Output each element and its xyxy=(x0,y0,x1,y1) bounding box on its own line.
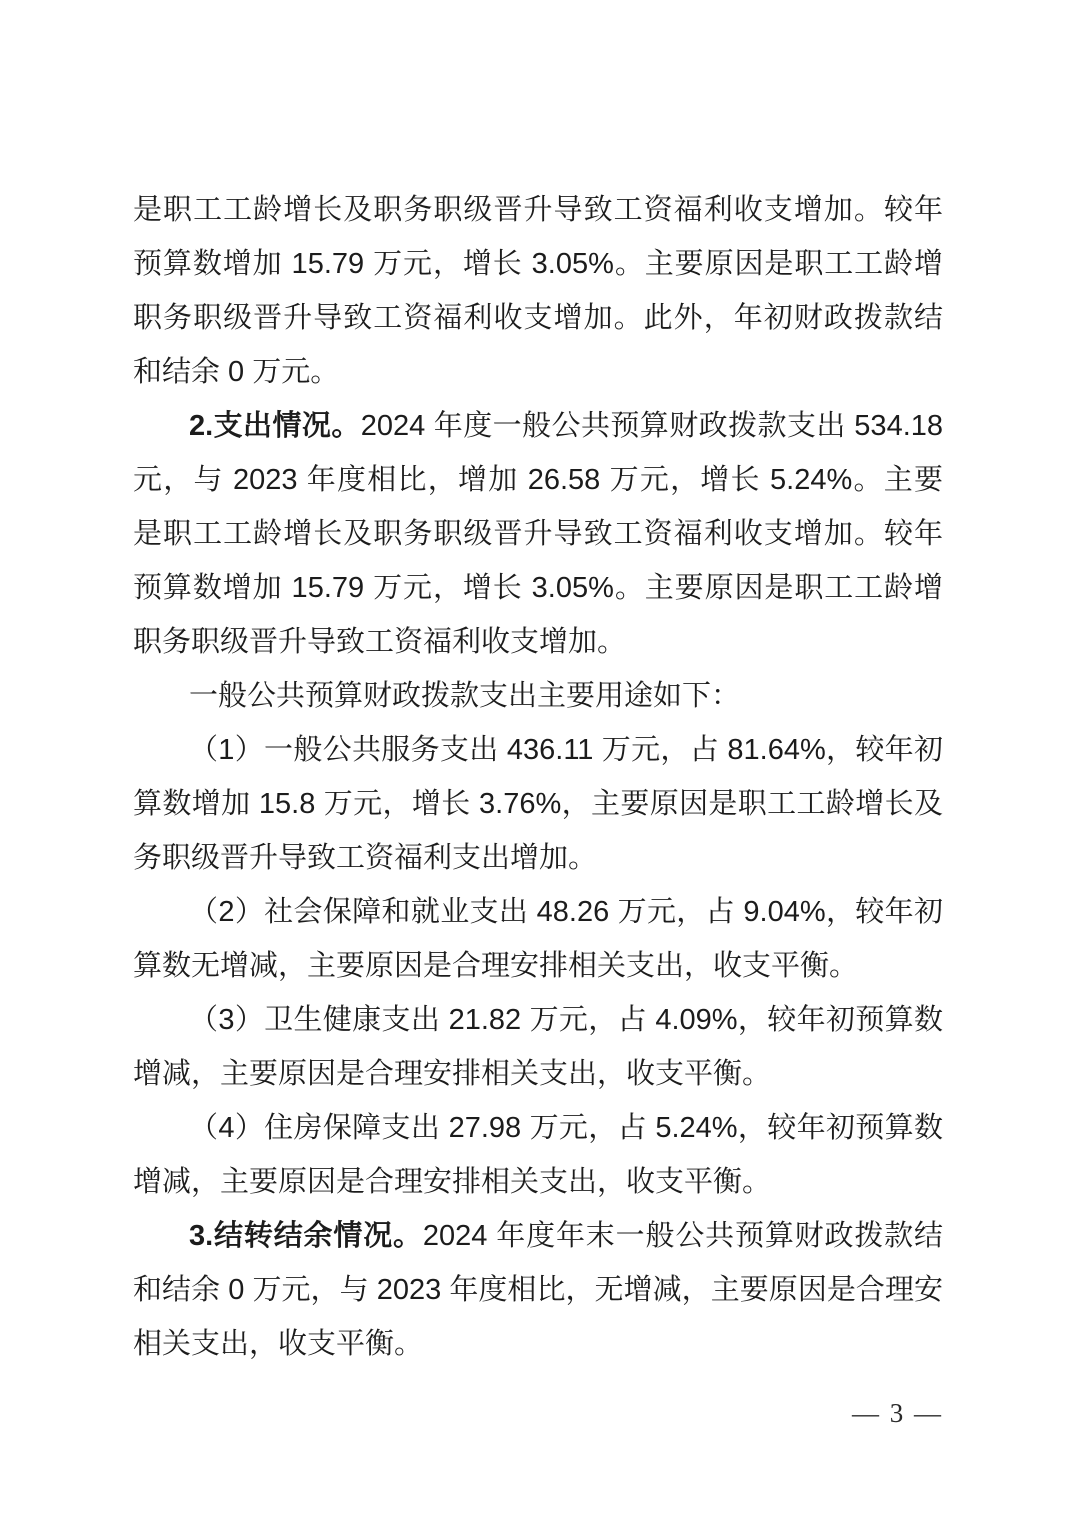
text-line: 职务职级晋升导致工资福利收支增加。 xyxy=(133,615,943,669)
text-line: 和结余 0 万元。 xyxy=(133,345,943,399)
section-heading-expenditure: 2.支出情况。 xyxy=(189,410,361,442)
text-line: 预算数增加 15.79 万元，增长 3.05%。主要原因是职工工龄增长及 xyxy=(133,561,943,615)
text-line: （3）卫生健康支出 21.82 万元，占 4.09%，较年初预算数无 xyxy=(133,993,943,1047)
text-line: 3.结转结余情况。2024 年度年末一般公共预算财政拨款结转 xyxy=(133,1209,943,1263)
page-number: — 3 — xyxy=(133,1398,943,1429)
text-line: 2.支出情况。2024 年度一般公共预算财政拨款支出 534.18 万 xyxy=(133,399,943,453)
paragraph-item-3-health: （3）卫生健康支出 21.82 万元，占 4.09%，较年初预算数无 增减，主要… xyxy=(133,993,943,1101)
text-line: 是职工工龄增长及职务职级晋升导致工资福利收支增加。较年初 xyxy=(133,507,943,561)
text-line: （4）住房保障支出 27.98 万元，占 5.24%，较年初预算数无 xyxy=(133,1101,943,1155)
text-line: （2）社会保障和就业支出 48.26 万元，占 9.04%，较年初预 xyxy=(133,885,943,939)
text-line: 务职级晋升导致工资福利支出增加。 xyxy=(133,831,943,885)
text-line: 增减，主要原因是合理安排相关支出，收支平衡。 xyxy=(133,1047,943,1101)
text-line: 预算数增加 15.79 万元，增长 3.05%。主要原因是职工工龄增长及 xyxy=(133,237,943,291)
text-line: 职务职级晋升导致工资福利收支增加。此外，年初财政拨款结转 xyxy=(133,291,943,345)
text-line: （1）一般公共服务支出 436.11 万元，占 81.64%，较年初预 xyxy=(133,723,943,777)
paragraph-item-2-social-security-employment: （2）社会保障和就业支出 48.26 万元，占 9.04%，较年初预 算数无增减… xyxy=(133,885,943,993)
paragraph-income-continued: 是职工工龄增长及职务职级晋升导致工资福利收支增加。较年初 预算数增加 15.79… xyxy=(133,183,943,399)
text-line: 元，与 2023 年度相比，增加 26.58 万元，增长 5.24%。主要原因 xyxy=(133,453,943,507)
document-page: 是职工工龄增长及职务职级晋升导致工资福利收支增加。较年初 预算数增加 15.79… xyxy=(0,0,1075,1520)
text-line: 是职工工龄增长及职务职级晋升导致工资福利收支增加。较年初 xyxy=(133,183,943,237)
text-line: 相关支出，收支平衡。 xyxy=(133,1317,943,1371)
document-body: 是职工工龄增长及职务职级晋升导致工资福利收支增加。较年初 预算数增加 15.79… xyxy=(133,183,943,1371)
text-line: 增减，主要原因是合理安排相关支出，收支平衡。 xyxy=(133,1155,943,1209)
section-heading-carryover: 3.结转结余情况。 xyxy=(189,1220,423,1252)
text-line: 和结余 0 万元，与 2023 年度相比，无增减，主要原因是合理安排 xyxy=(133,1263,943,1317)
paragraph-carryover-balance: 3.结转结余情况。2024 年度年末一般公共预算财政拨款结转 和结余 0 万元，… xyxy=(133,1209,943,1371)
paragraph-item-1-general-public-services: （1）一般公共服务支出 436.11 万元，占 81.64%，较年初预 算数增加… xyxy=(133,723,943,885)
paragraph-item-4-housing: （4）住房保障支出 27.98 万元，占 5.24%，较年初预算数无 增减，主要… xyxy=(133,1101,943,1209)
paragraph-usage-intro: 一般公共预算财政拨款支出主要用途如下： xyxy=(133,669,943,723)
text-line: 算数增加 15.8 万元，增长 3.76%，主要原因是职工工龄增长及职 xyxy=(133,777,943,831)
text-line: 一般公共预算财政拨款支出主要用途如下： xyxy=(133,669,943,723)
paragraph-expenditure: 2.支出情况。2024 年度一般公共预算财政拨款支出 534.18 万 元，与 … xyxy=(133,399,943,669)
text-line: 算数无增减，主要原因是合理安排相关支出，收支平衡。 xyxy=(133,939,943,993)
